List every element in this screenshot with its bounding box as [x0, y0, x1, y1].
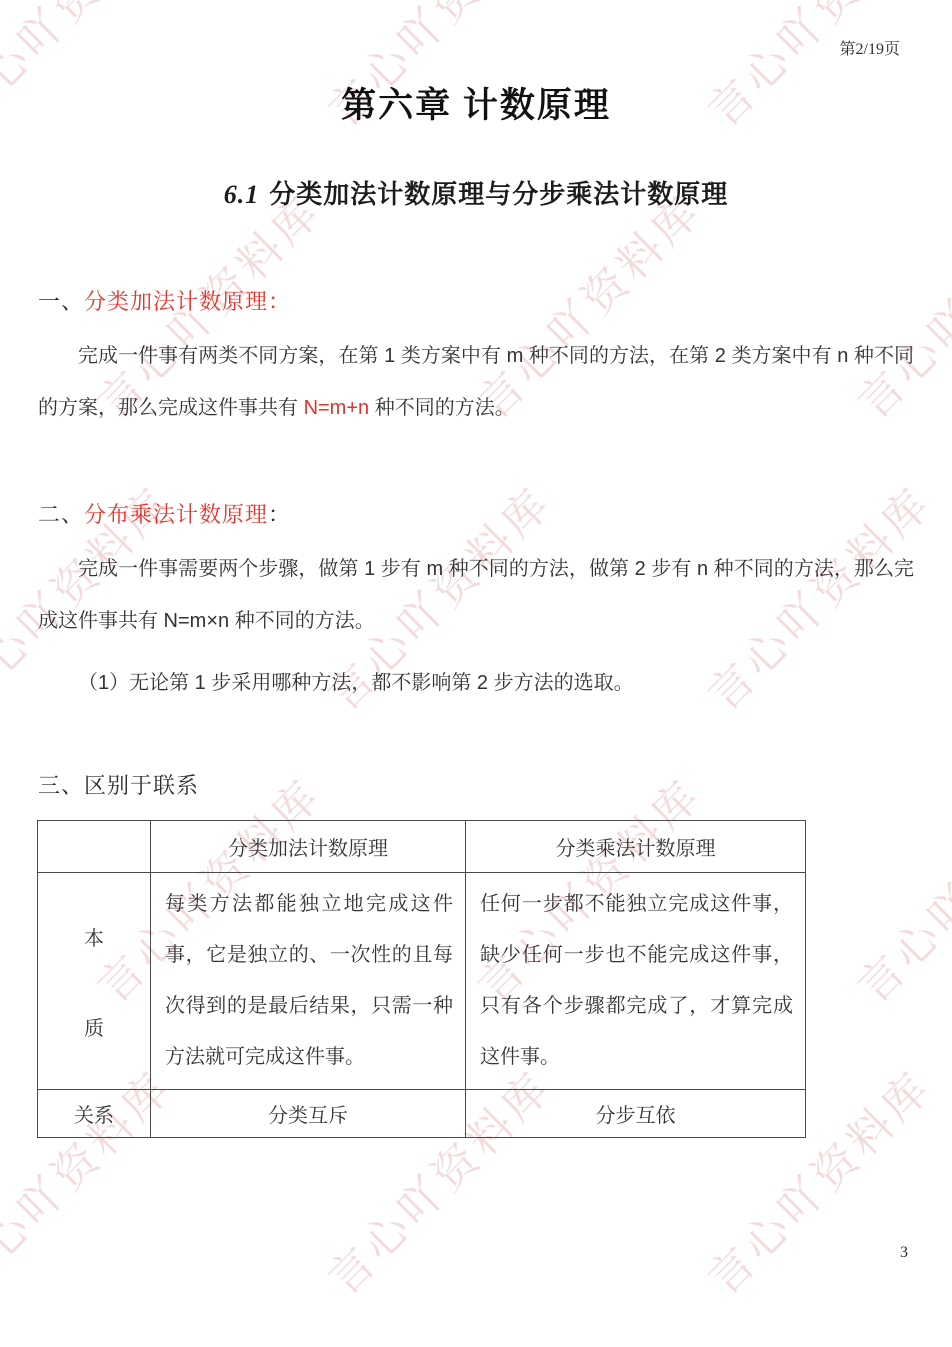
comparison-table: 分类加法计数原理 分类乘法计数原理 本质 每类方法都能独立地完成这件事，它是独立…	[37, 820, 806, 1138]
section2-heading-prefix: 二、	[38, 502, 84, 527]
section2-heading-title: 分布乘法计数原理	[84, 502, 268, 527]
essence-label-cell: 本质	[38, 873, 151, 1090]
subtitle-number: 6.1	[224, 180, 260, 209]
essence-addition-cell: 每类方法都能独立地完成这件事，它是独立的、一次性的且每次得到的是最后结果，只需一…	[151, 873, 466, 1090]
chapter-title: 第六章 计数原理	[0, 0, 952, 128]
essence-multiplication-cell: 任何一步都不能独立完成这件事，缺少任何一步也不能完成这件事，只有各个步骤都完成了…	[466, 873, 806, 1090]
section2-heading: 二、分布乘法计数原理：	[38, 498, 914, 529]
relation-addition-cell: 分类互斥	[151, 1090, 466, 1138]
table-header-multiplication: 分类乘法计数原理	[466, 821, 806, 873]
document-page: 言心吖资料库言心吖资料库言心吖资料库言心吖资料库言心吖资料库言心吖资料库言心吖资…	[0, 0, 952, 1347]
table-header-row: 分类加法计数原理 分类乘法计数原理	[38, 821, 806, 873]
section1-heading: 一、分类加法计数原理：	[38, 285, 914, 316]
section1-para-text-end: 种不同的方法。	[369, 397, 515, 419]
section2-paragraph: 完成一件事需要两个步骤，做第 1 步有 m 种不同的方法，做第 2 步有 n 种…	[38, 543, 914, 647]
page-header-number: 第2/19页	[840, 36, 900, 59]
essence-label-stack: 本质	[39, 891, 149, 1071]
subtitle-text: 分类加法计数原理与分步乘法计数原理	[269, 179, 728, 209]
section2-note: （1）无论第 1 步采用哪种方法，都不影响第 2 步方法的选取。	[38, 657, 914, 709]
essence-label-char-2: 质	[84, 1012, 104, 1041]
table-row-relation: 关系 分类互斥 分步互依	[38, 1090, 806, 1138]
relation-multiplication-cell: 分步互依	[466, 1090, 806, 1138]
section-subtitle: 6.1分类加法计数原理与分步乘法计数原理	[0, 174, 952, 211]
essence-label-char-1: 本	[84, 922, 104, 951]
table-row-essence: 本质 每类方法都能独立地完成这件事，它是独立的、一次性的且每次得到的是最后结果，…	[38, 873, 806, 1090]
section1-para-formula: N=m+n	[304, 397, 370, 419]
table-header-empty	[38, 821, 151, 873]
page-footer-number: 3	[900, 1244, 908, 1262]
section1-paragraph: 完成一件事有两类不同方案，在第 1 类方案中有 m 种不同的方法，在第 2 类方…	[38, 330, 914, 434]
section1-heading-title: 分类加法计数原理	[84, 289, 268, 314]
section1-heading-prefix: 一、	[38, 289, 84, 314]
section1-heading-colon: ：	[268, 289, 291, 314]
section2-heading-colon: ：	[268, 502, 291, 527]
relation-label-cell: 关系	[38, 1090, 151, 1138]
section3-heading: 三、区别于联系	[38, 769, 914, 800]
table-header-addition: 分类加法计数原理	[151, 821, 466, 873]
